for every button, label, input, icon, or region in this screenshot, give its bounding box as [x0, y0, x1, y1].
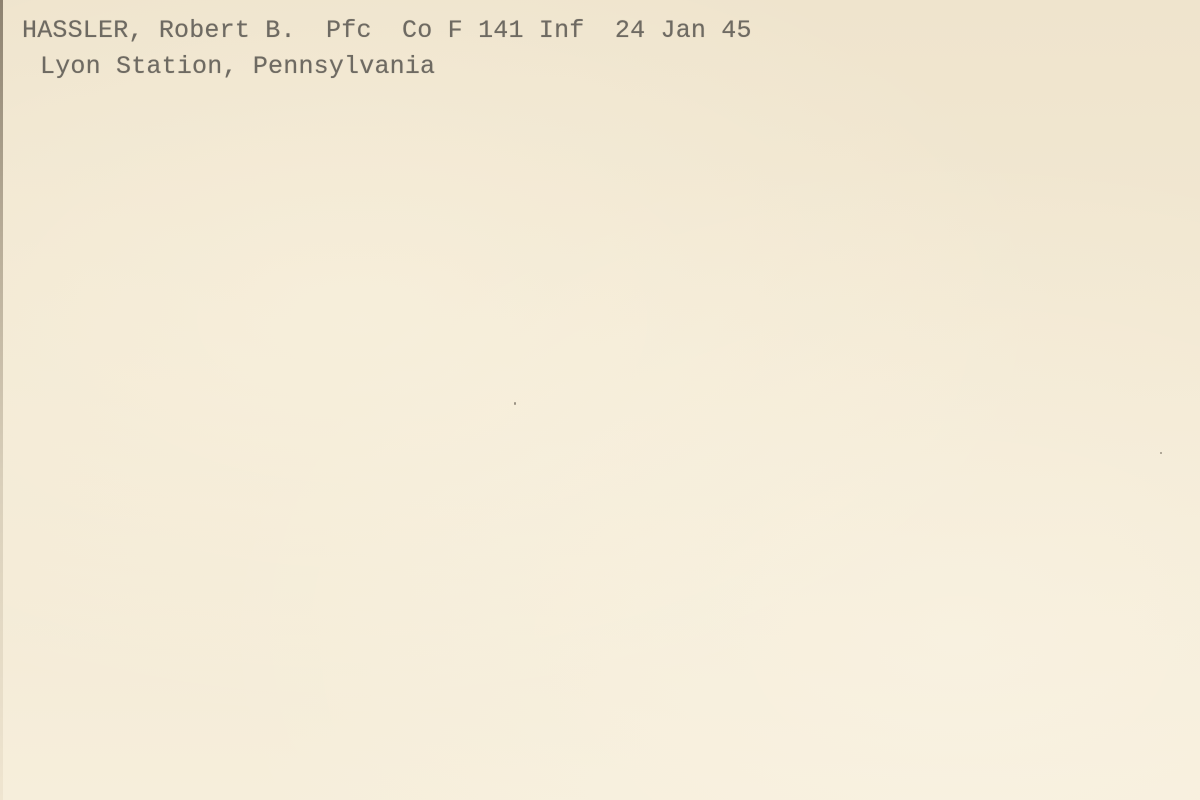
paper-speck	[1160, 452, 1162, 454]
name-rank-unit-date-line: HASSLER, Robert B. Pfc Co F 141 Inf 24 J…	[22, 16, 752, 45]
card-left-edge	[0, 0, 3, 800]
index-card: HASSLER, Robert B. Pfc Co F 141 Inf 24 J…	[0, 0, 1200, 800]
hometown-line: Lyon Station, Pennsylvania	[40, 52, 435, 81]
paper-speck	[514, 402, 516, 405]
